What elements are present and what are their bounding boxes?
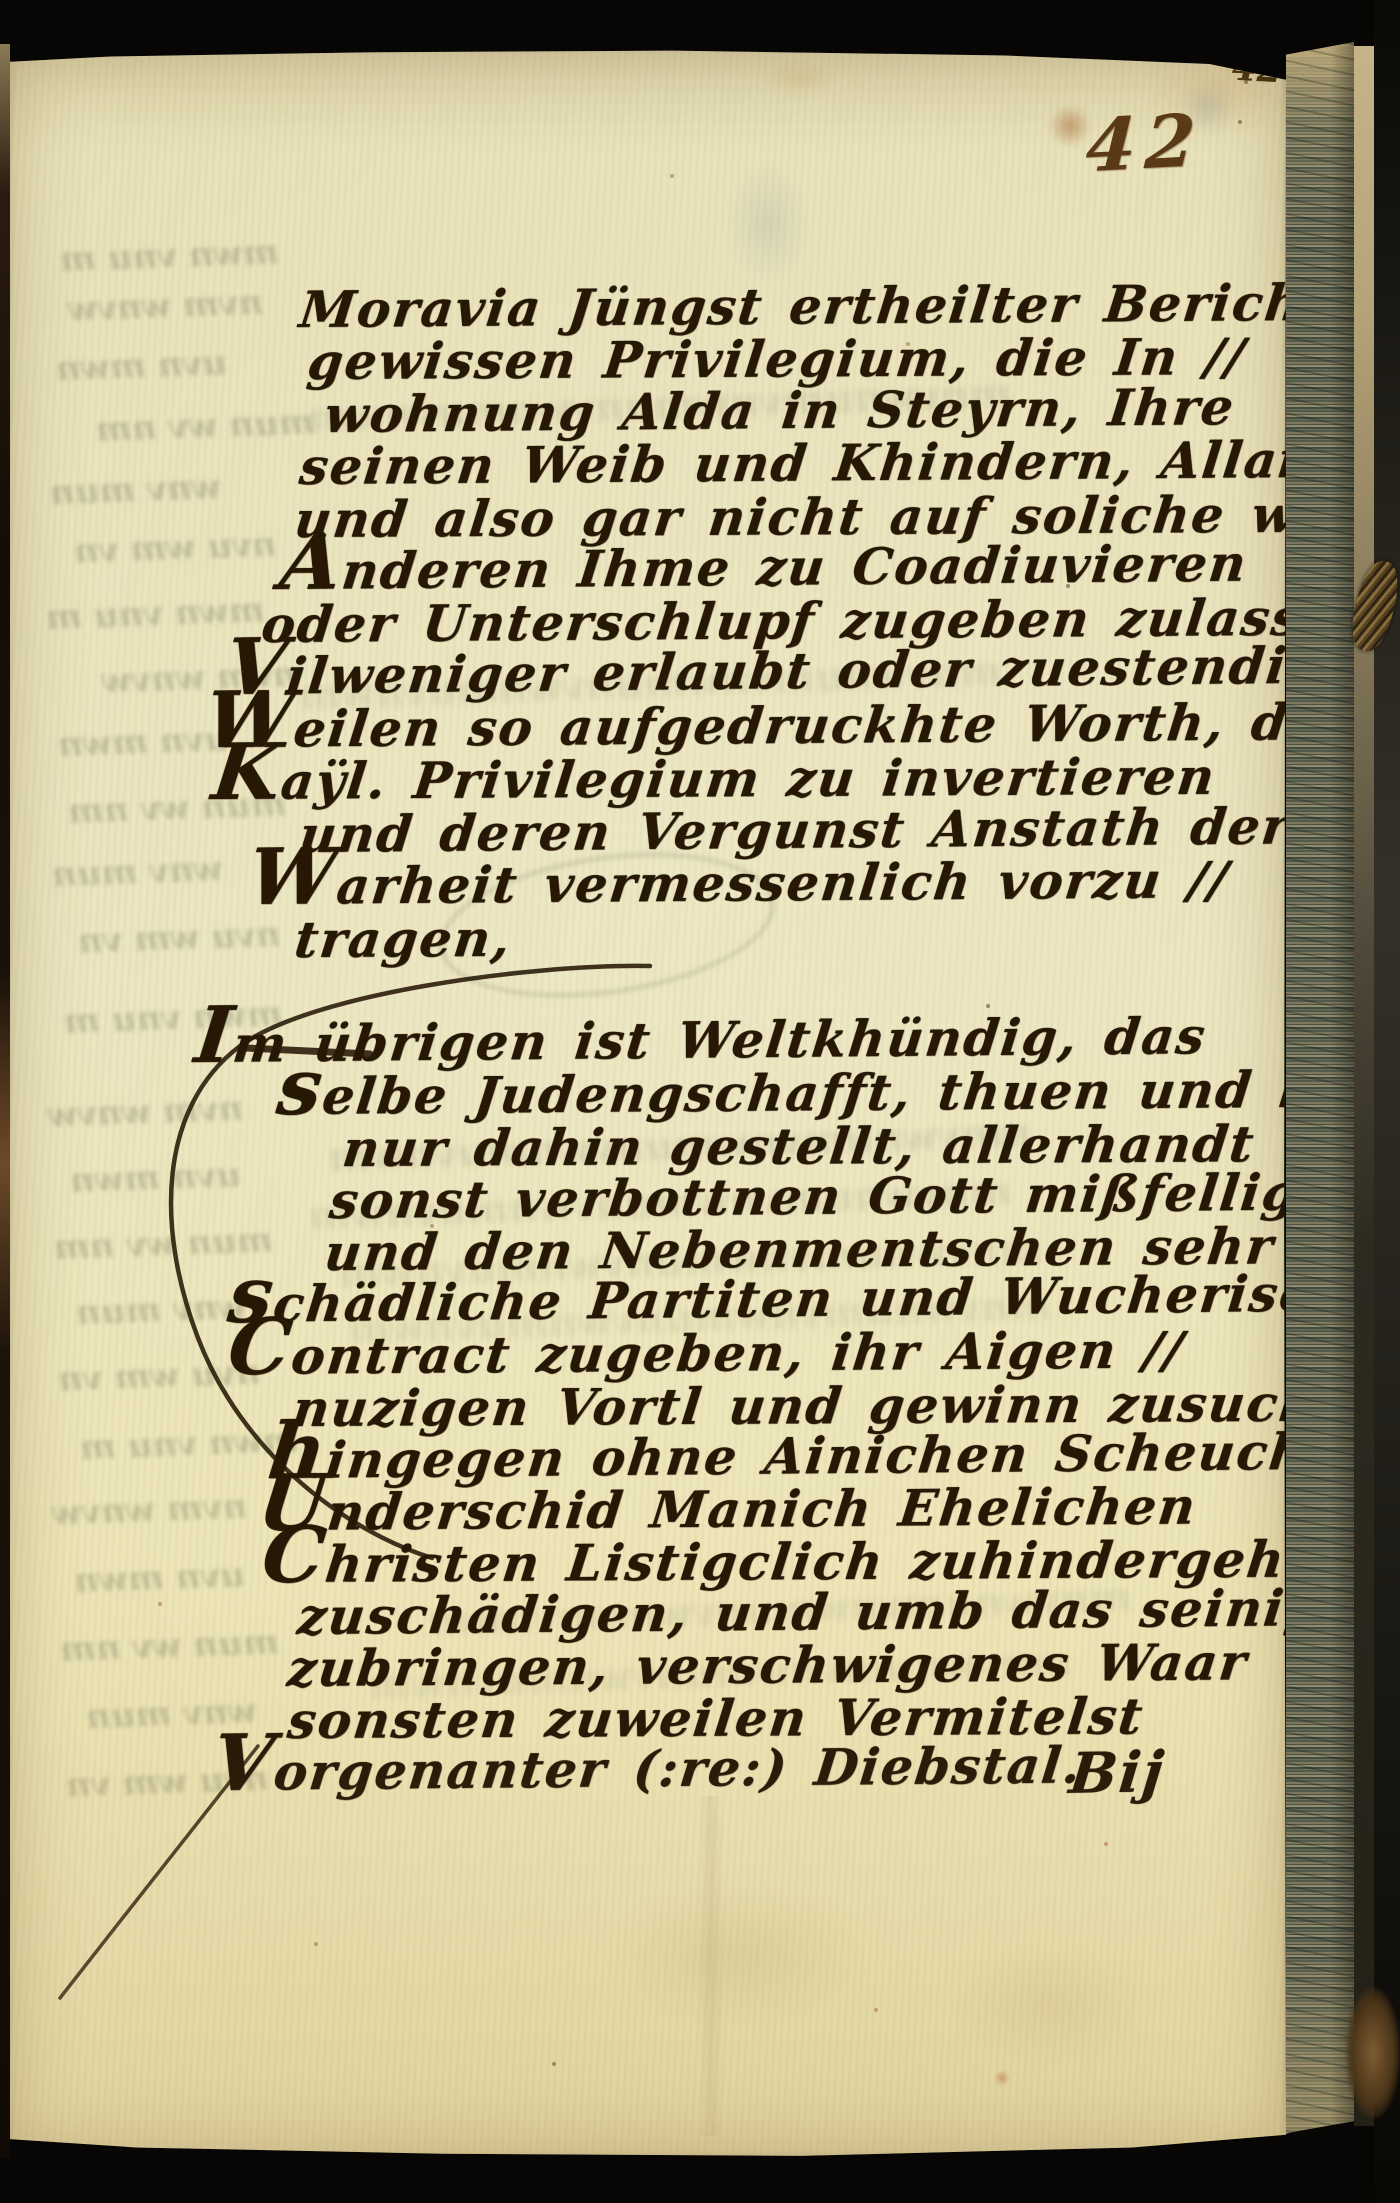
bleed-through-mark: nvu wm vn	[73, 524, 277, 571]
bleed-through-mark: uvn mwn	[73, 1555, 245, 1601]
paper-speck	[1238, 120, 1242, 124]
paper-speck	[986, 1004, 990, 1008]
stain-mark	[994, 2070, 1010, 2086]
stain-mark	[763, 60, 833, 94]
bleed-through-mark: uvn mwn	[69, 1155, 241, 1201]
stain-mark	[948, 1946, 1148, 2066]
fore-edge-speckle-texture	[1286, 42, 1354, 2138]
stain-mark	[608, 1886, 868, 2026]
bleed-through-mark: wnv mun	[51, 849, 223, 895]
paper-speck	[906, 342, 910, 346]
paper-speck	[158, 1602, 162, 1606]
fore-edge-outer-strip	[1354, 46, 1374, 2126]
paper-speck	[1244, 80, 1248, 84]
bleed-through-mark: mun wv nm	[95, 402, 315, 450]
book-fore-edge	[1286, 42, 1354, 2138]
bleed-through-mark: nvm wnvw	[67, 283, 264, 330]
manuscript-page: mwn vnu mnvm wnvwuvn mwnmun wv nmwnv mun…	[8, 46, 1286, 2158]
manuscript-line: tragen,	[290, 899, 516, 980]
paper-speck	[1142, 1448, 1146, 1452]
page-number-large: 42	[1084, 97, 1207, 189]
manuscript-photo: mwn vnu mnvm wnvwuvn mwnmun wv nmwnv mun…	[0, 0, 1400, 2203]
bleed-through-mark: nvm wnvw	[51, 1487, 248, 1534]
paper-speck	[766, 1464, 770, 1468]
paper-speck	[670, 174, 674, 178]
paper-speck	[314, 1942, 318, 1946]
catchword: Bij	[1066, 1732, 1169, 1814]
manuscript-line: Vorgenanter (:re:) Diebstal.	[207, 1725, 1086, 1813]
bleed-through-mark: wnv mun	[75, 1287, 247, 1333]
bleed-through-mark: uvn mwn	[55, 343, 227, 389]
page-number-corner: 42	[1231, 47, 1283, 92]
paper-speck	[430, 1224, 434, 1228]
binding-gutter-edge	[0, 44, 10, 2158]
paper-crease	[698, 1796, 724, 2136]
edge-damage-mark	[1346, 1988, 1400, 2118]
background-right-band	[1374, 0, 1400, 2203]
bleed-through-mark: mwn vnu m	[59, 232, 279, 280]
bleed-through-mark: wnv mun	[49, 467, 221, 513]
paper-speck	[1066, 584, 1070, 588]
paper-speck	[552, 2062, 556, 2066]
paper-speck	[874, 2008, 878, 2012]
bleed-through-mark: nvm wnvw	[47, 1089, 244, 1136]
bleed-through-mark: mun wv nm	[59, 1622, 279, 1670]
paper-speck	[1104, 1842, 1108, 1846]
